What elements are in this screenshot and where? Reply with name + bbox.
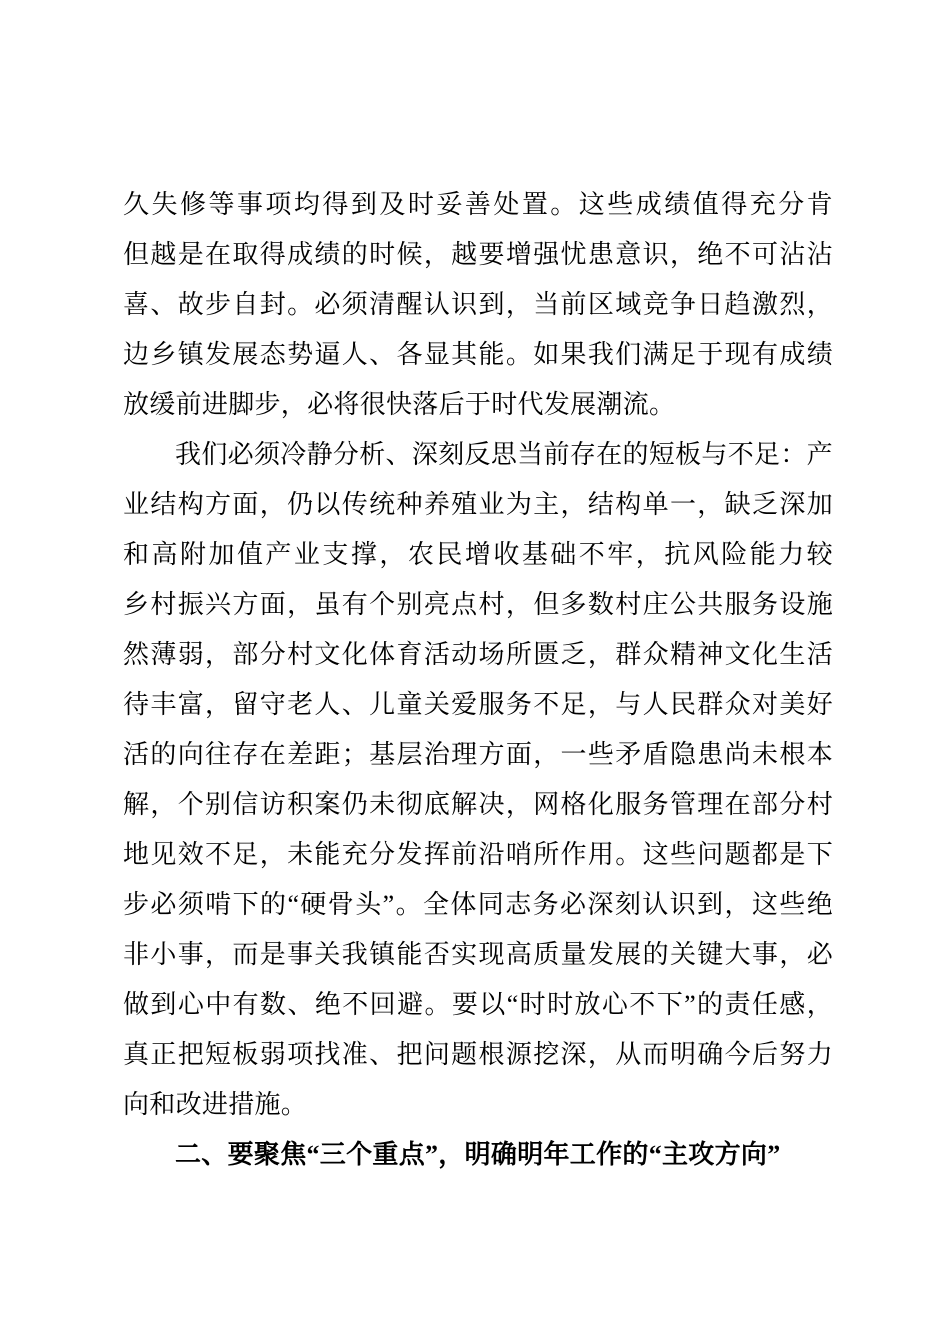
text-line: 我们必须冷静分析、深刻反思当前存在的短板与不足：产 [123,430,833,480]
text-line: 乡村振兴方面，虽有个别亮点村，但多数村庄公共服务设施依 [123,580,833,630]
text-line: 久失修等事项均得到及时妥善处置。这些成绩值得充分肯定。 [123,180,833,230]
text-line: 待丰富，留守老人、儿童关爱服务不足，与人民群众对美好生 [123,680,833,730]
text-line: 放缓前进脚步，必将很快落后于时代发展潮流。 [123,380,833,430]
text-line: 喜、故步自封。必须清醒认识到，当前区域竞争日趋激烈，周 [123,280,833,330]
text-line: 但越是在取得成绩的时候，越要增强忧患意识，绝不可沾沾自 [123,230,833,280]
text-line: 解，个别信访积案仍未彻底解决，网格化服务管理在部分村落 [123,780,833,830]
text-line: 地见效不足，未能充分发挥前沿哨所作用。这些问题都是下一 [123,830,833,880]
text-line: 真正把短板弱项找准、把问题根源挖深，从而明确今后努力方 [123,1030,833,1080]
text-line: 做到心中有数、绝不回避。要以“时时放心不下”的责任感， [123,980,833,1030]
text-line: 非小事，而是事关我镇能否实现高质量发展的关键大事，必须 [123,930,833,980]
document-body: 久失修等事项均得到及时妥善处置。这些成绩值得充分肯定。但越是在取得成绩的时候，越… [123,180,833,1180]
text-line: 二、要聚焦“三个重点”，明确明年工作的“主攻方向” [123,1130,833,1180]
text-line: 和高附加值产业支撑，农民增收基础不牢，抗风险能力较弱； [123,530,833,580]
text-line: 步必须啃下的“硬骨头”。全体同志务必深刻认识到，这些绝 [123,880,833,930]
text-line: 业结构方面，仍以传统种养殖业为主，结构单一，缺乏深加工 [123,480,833,530]
text-line: 边乡镇发展态势逼人、各显其能。如果我们满足于现有成绩而 [123,330,833,380]
text-line: 向和改进措施。 [123,1080,833,1130]
text-line: 活的向往存在差距；基层治理方面，一些矛盾隐患尚未根本化 [123,730,833,780]
paragraph-achievements-warning: 久失修等事项均得到及时妥善处置。这些成绩值得充分肯定。但越是在取得成绩的时候，越… [123,180,833,430]
paragraph-shortcomings-analysis: 我们必须冷静分析、深刻反思当前存在的短板与不足：产业结构方面，仍以传统种养殖业为… [123,430,833,1130]
section-heading-two: 二、要聚焦“三个重点”，明确明年工作的“主攻方向” [123,1130,833,1180]
document-page: 久失修等事项均得到及时妥善处置。这些成绩值得充分肯定。但越是在取得成绩的时候，越… [0,0,950,1344]
text-line: 然薄弱，部分村文化体育活动场所匮乏，群众精神文化生活有 [123,630,833,680]
